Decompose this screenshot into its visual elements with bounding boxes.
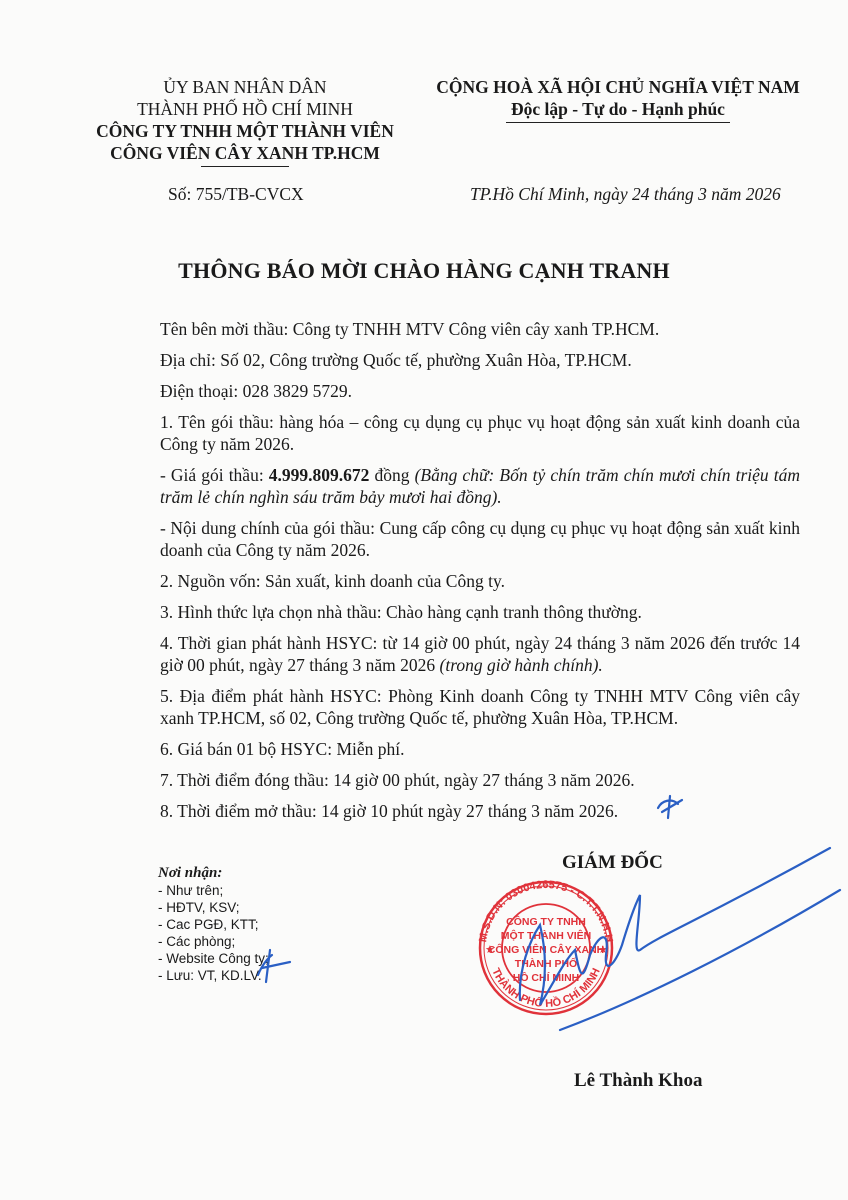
signer-name: Lê Thành Khoa bbox=[574, 1070, 702, 1092]
svg-text:CÔNG VIÊN CÂY XANH: CÔNG VIÊN CÂY XANH bbox=[488, 943, 605, 956]
svg-text:CÔNG TY TNHH: CÔNG TY TNHH bbox=[506, 915, 586, 928]
stamp-and-signature: M.S.D.N: 0300426575 - C.T.T.N.H.H THÀNH … bbox=[0, 0, 848, 1200]
svg-text:HỒ CHÍ MINH: HỒ CHÍ MINH bbox=[513, 971, 580, 984]
svg-text:MỘT THÀNH VIÊN: MỘT THÀNH VIÊN bbox=[501, 929, 591, 942]
handwritten-signature-icon bbox=[258, 796, 840, 1030]
